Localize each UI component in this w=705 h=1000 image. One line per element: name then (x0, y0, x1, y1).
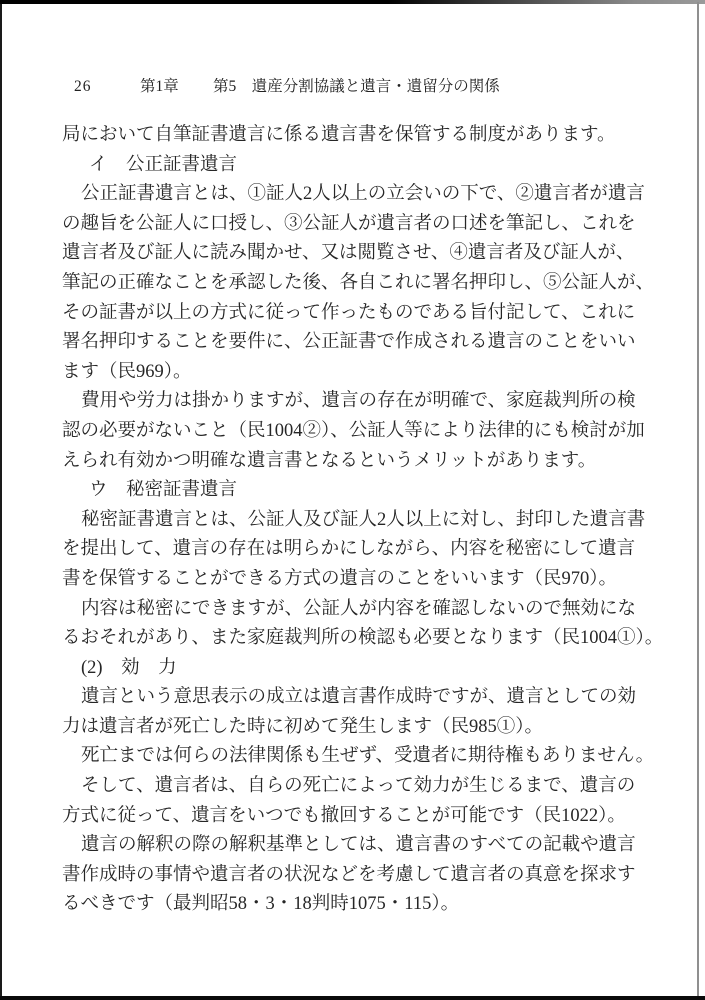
text-line: 書を保管することができる方式の遺言のことをいいます（民970）。 (62, 565, 648, 595)
text-line: その証書が以上の方式に従って作ったものである旨付記して、これに (62, 299, 648, 329)
running-head: 26 第1章 第5 遺産分割協議と遺言・遺留分の関係 (0, 77, 705, 97)
text-line: 署名押印することを要件に、公正証書で作成される遺言のことをいい (62, 328, 648, 358)
text-line: ます（民969）。 (62, 358, 648, 388)
text-line: 方式に従って、遺言をいつでも撤回することが可能です（民1022）。 (62, 802, 648, 832)
scan-edge-bottom (0, 996, 705, 1000)
text-line: るべきです（最判昭58・3・18判時1075・115）。 (62, 890, 648, 920)
text-line: 内容は秘密にできますが、公証人が内容を確認しないので無効にな (62, 595, 648, 625)
body-text: 局において自筆証書遺言に係る遺言書を保管する制度があります。 イ 公正証書遺言 … (62, 121, 648, 920)
text-line: るおそれがあり、また家庭裁判所の検認も必要となります（民1004①）。 (62, 624, 648, 654)
subheading-himitsu-shosho-yuigon: ウ 秘密証書遺言 (62, 476, 648, 506)
scan-edge-top (0, 0, 705, 4)
text-line: 筆記の正確なことを承認した後、各自これに署名押印し、⑤公証人が、 (62, 269, 648, 299)
text-line: 遺言者及び証人に読み聞かせ、又は閲覧させ、④遺言者及び証人が、 (62, 239, 648, 269)
chapter-label: 第1章 (140, 77, 179, 97)
scan-edge-left (0, 4, 2, 996)
text-line: 認の必要がないこと（民1004②）、公証人等により法律的にも検討が加 (62, 417, 648, 447)
text-line: 公正証書遺言とは、①証人2人以上の立会いの下で、②遺言者が遺言 (62, 180, 648, 210)
text-line: 局において自筆証書遺言に係る遺言書を保管する制度があります。 (62, 121, 648, 151)
text-line: の趣旨を公証人に口授し、③公証人が遺言者の口述を筆記し、これを (62, 210, 648, 240)
text-line: 遺言という意思表示の成立は遺言書作成時ですが、遺言としての効 (62, 683, 648, 713)
text-line: 遺言の解釈の際の解釈基準としては、遺言書のすべての記載や遺言 (62, 831, 648, 861)
text-line: 死亡までは何らの法律関係も生ぜず、受遺者に期待権もありません。 (62, 742, 648, 772)
subheading-koryoku: (2) 効 力 (62, 654, 648, 684)
text-line: 力は遺言者が死亡した時に初めて発生します（民985①）。 (62, 713, 648, 743)
text-line: そして、遺言者は、自らの死亡によって効力が生じるまで、遺言の (62, 772, 648, 802)
page-number: 26 (74, 77, 92, 97)
text-line: 書作成時の事情や遺言者の状況などを考慮して遺言者の真意を探求す (62, 861, 648, 891)
text-line: を提出して、遺言の存在は明らかにしながら、内容を秘密にして遺言 (62, 535, 648, 565)
subheading-kosei-shosho-yuigon: イ 公正証書遺言 (62, 151, 648, 181)
text-line: 費用や労力は掛かりますが、遺言の存在が明確で、家庭裁判所の検 (62, 387, 648, 417)
section-title: 第5 遺産分割協議と遺言・遺留分の関係 (213, 77, 500, 97)
book-page: 26 第1章 第5 遺産分割協議と遺言・遺留分の関係 局において自筆証書遺言に係… (0, 0, 705, 1000)
text-line: えられ有効かつ明確な遺言書となるというメリットがあります。 (62, 447, 648, 477)
scan-edge-right (697, 2, 699, 996)
text-line: 秘密証書遺言とは、公証人及び証人2人以上に対し、封印した遺言書 (62, 506, 648, 536)
